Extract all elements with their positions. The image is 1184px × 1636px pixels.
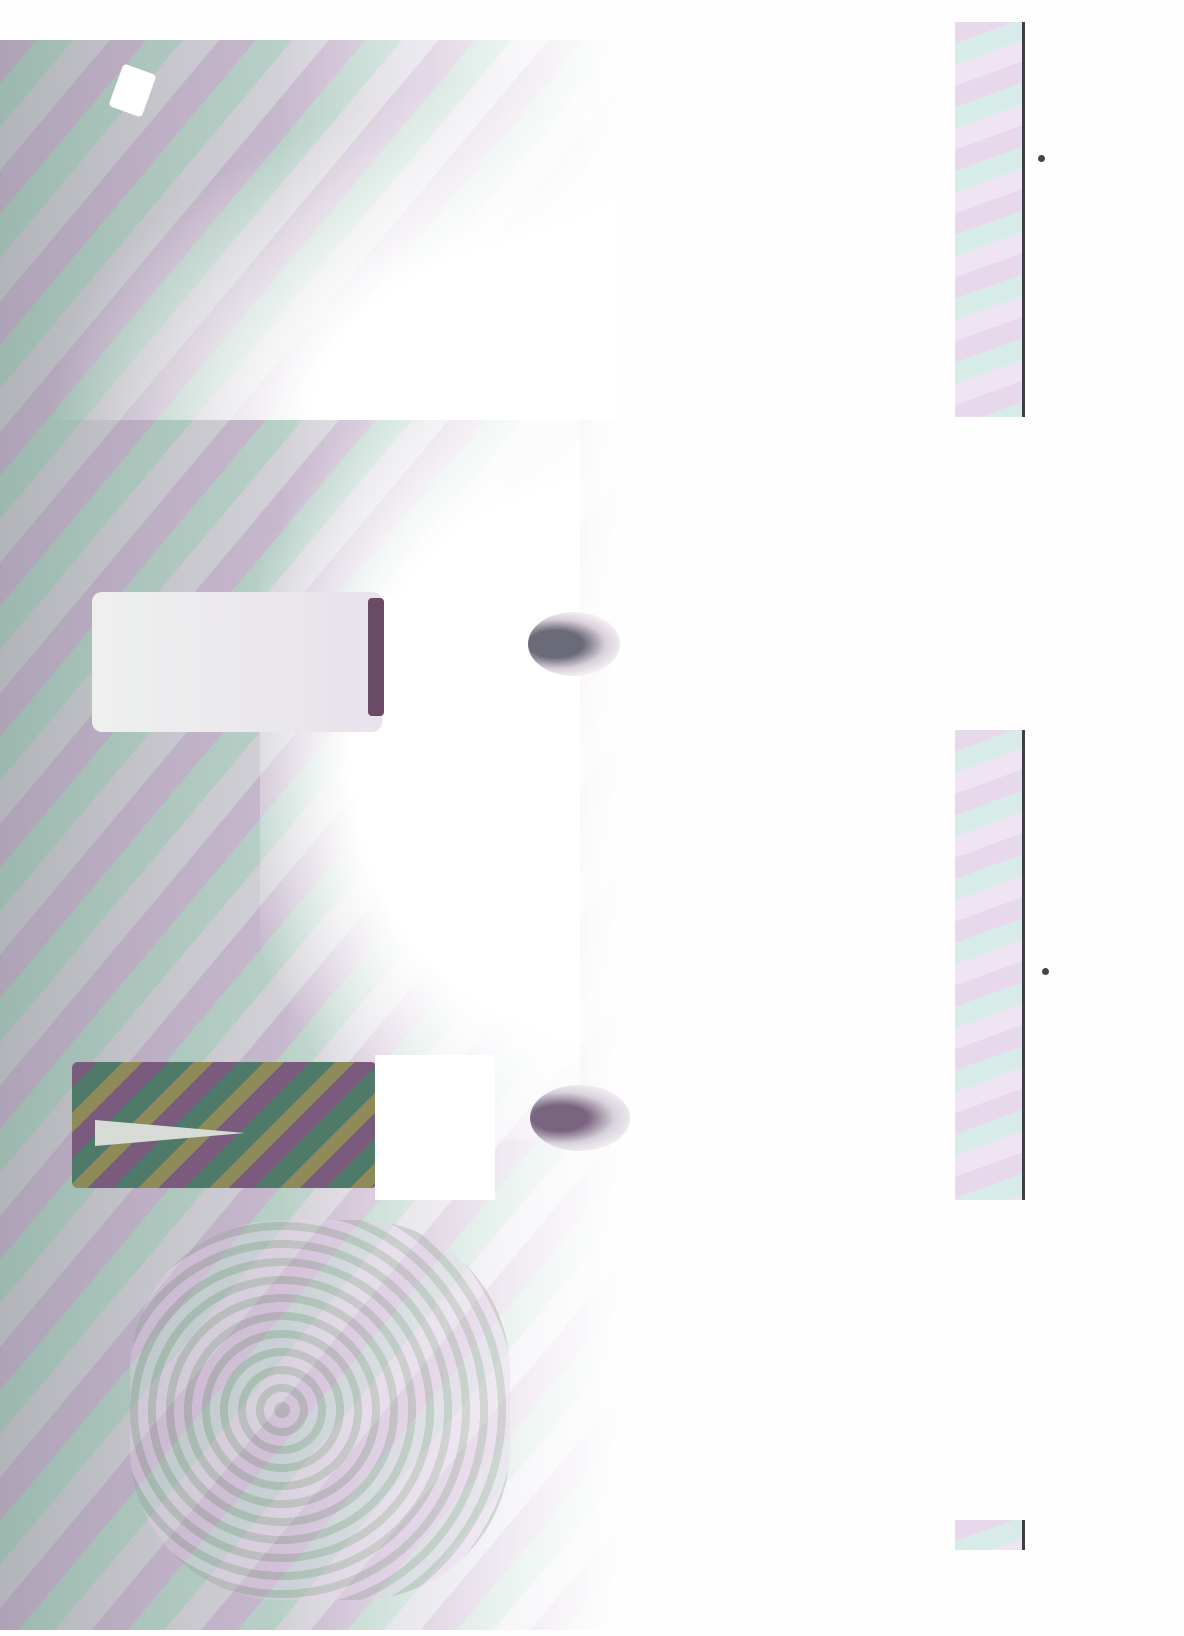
photograph	[0, 0, 1184, 1636]
speck	[1042, 968, 1049, 975]
trousers	[92, 592, 382, 732]
head	[530, 1085, 630, 1151]
frame-strip-top	[955, 22, 1025, 417]
overexposed-area	[260, 380, 580, 1140]
frame-strip-middle	[955, 730, 1025, 1200]
shirt	[384, 595, 524, 715]
speck	[1038, 155, 1045, 162]
frame-strip-bottom	[955, 1520, 1025, 1550]
leafy-plants	[130, 1220, 510, 1600]
belt	[368, 598, 384, 716]
head	[528, 612, 620, 676]
overexposed-sky	[0, 40, 620, 420]
shirt	[375, 1055, 495, 1200]
